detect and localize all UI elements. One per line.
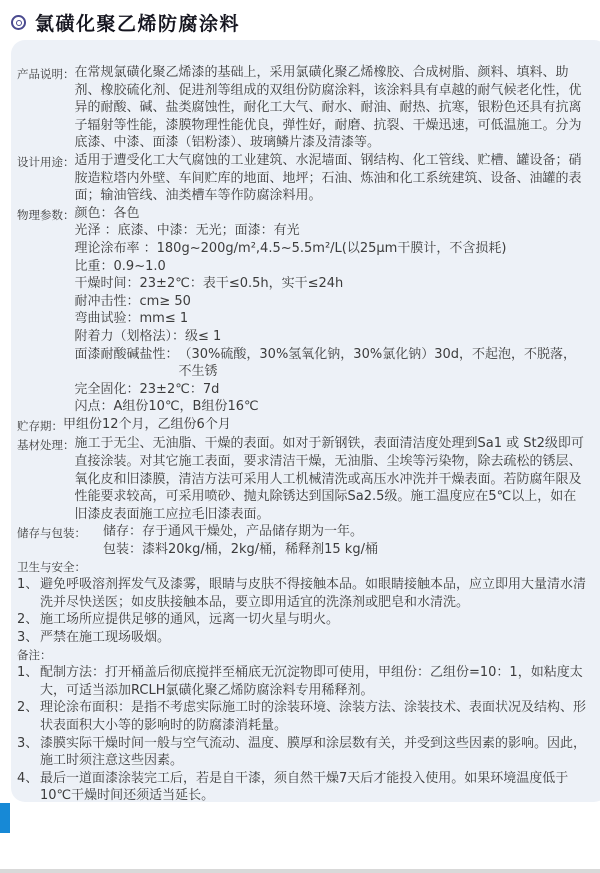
param-name: 干燥时间： [75,275,140,293]
item-text: 理论涂布面积：是指不考虑实际施工时的涂装环境、涂装方法、涂装技术、表面状况及结构… [40,699,588,734]
item-number: 3、 [17,735,40,753]
section-physical-params: 物理参数： 颜色： 各色 光泽 ： 底漆、中漆：无光；面漆：有光 理论涂布率 ：… [17,205,588,416]
section-notes: 备注： 1、 配制方法：打开桶盖后彻底搅拌至桶底无沉淀物即可使用，甲组份：乙组份… [17,647,588,802]
param-value: 180g~200g/m²,4.5~5.5m²/L(以25μm干膜计，不含损耗) [157,240,588,258]
section-label-packing: 储存与包装： [17,523,103,543]
blue-side-tab [0,803,10,833]
packing-line-storage: 储存：存于通风干燥处，产品储存期为一年。 [103,523,588,541]
param-value: mm≤ 1 [140,310,588,328]
section-label-storage-life: 贮存期： [17,416,63,436]
param-gloss: 光泽 ： 底漆、中漆：无光；面漆：有光 [75,222,589,240]
safety-item: 1、 避免呼吸溶剂挥发气及漆雾，眼睛与皮肤不得接触本品。如眼睛接触本品，应立即用… [17,576,588,611]
section-storage-packing: 储存与包装： 储存：存于通风干燥处，产品储存期为一年。 包装：漆料20kg/桶，… [17,523,588,558]
note-item: 3、 漆膜实际干燥时间一般与空气流动、温度、膜厚和涂层数有关，并受到这些因素的影… [17,735,588,770]
param-name: 颜色： [75,205,114,223]
note-item: 2、 理论涂布面积：是指不考虑实际施工时的涂装环境、涂装方法、涂装技术、表面状况… [17,699,588,734]
item-text: 严禁在施工现场吸烟。 [40,629,588,647]
section-label-notes: 备注： [17,647,588,665]
item-number: 2、 [17,611,40,629]
param-value: （30%硫酸，30%氢氧化钠，30%氯化钠）30d，不起泡，不脱落，不生锈 [179,346,588,381]
section-product-description: 产品说明： 在常规氯磺化聚乙烯漆的基础上，采用氯磺化聚乙烯橡胶、合成树脂、颜料、… [17,64,588,152]
item-number: 1、 [17,664,40,682]
param-flash-point: 闪点： A组份10℃，B组份16℃ [75,398,589,416]
item-number: 2、 [17,699,40,717]
bullet-inner-ring [16,20,22,26]
param-name: 光泽 ： [75,222,118,240]
page-title-row: 氯磺化聚乙烯防腐涂料 [11,9,240,36]
section-safety: 卫生与安全： 1、 避免呼吸溶剂挥发气及漆雾，眼睛与皮肤不得接触本品。如眼睛接触… [17,559,588,647]
section-text-design: 适用于遭受化工大气腐蚀的工业建筑、水泥墙面、钢结构、化工管线、贮槽、罐设备；硝胺… [75,152,589,205]
param-name: 闪点： [75,398,114,416]
page-title: 氯磺化聚乙烯防腐涂料 [35,9,240,36]
item-number: 1、 [17,576,40,594]
section-text-substrate: 施工于无尘、无油脂、干燥的表面。如对于新钢铁，表面清洁度处理到Sa1 或 St2… [75,435,589,523]
param-name: 完全固化： [75,381,140,399]
param-specific-gravity: 比重： 0.9~1.0 [75,258,589,276]
item-text: 最后一道面漆涂装完工后，若是自干漆，须自然干燥7天后才能投入使用。如果环境温度低… [40,770,588,802]
param-acid-alkali-salt: 面漆耐酸碱盐性： （30%硫酸，30%氢氧化钠，30%氯化钠）30d，不起泡，不… [75,346,589,381]
section-label-physical: 物理参数： [17,205,75,225]
item-text: 配制方法：打开桶盖后彻底搅拌至桶底无沉淀物即可使用，甲组份：乙组份=10：1，如… [40,664,588,699]
section-design-use: 设计用途： 适用于遭受化工大气腐蚀的工业建筑、水泥墙面、钢结构、化工管线、贮槽、… [17,152,588,205]
section-substrate-treatment: 基材处理： 施工于无尘、无油脂、干燥的表面。如对于新钢铁，表面清洁度处理到Sa1… [17,435,588,523]
param-value: 23±2℃：表干≤0.5h，实干≤24h [140,275,588,293]
param-name: 附着力（划格法）： [75,328,186,346]
param-value: 各色 [114,205,588,223]
param-value: 底漆、中漆：无光；面漆：有光 [118,222,588,240]
item-text: 漆膜实际干燥时间一般与空气流动、温度、膜厚和涂层数有关，并受到这些因素的影响。因… [40,735,588,770]
note-item: 4、 最后一道面漆涂装完工后，若是自干漆，须自然干燥7天后才能投入使用。如果环境… [17,770,588,802]
param-coverage: 理论涂布率 ： 180g~200g/m²,4.5~5.5m²/L(以25μm干膜… [75,240,589,258]
packing-lines: 储存：存于通风干燥处，产品储存期为一年。 包装：漆料20kg/桶，2kg/桶，稀… [103,523,588,558]
section-label-product: 产品说明： [17,64,75,84]
section-label-design: 设计用途： [17,152,75,172]
item-number: 3、 [17,629,40,647]
bullet-target-icon [11,15,26,30]
param-bend-test: 弯曲试验： mm≤ 1 [75,310,589,328]
param-impact: 耐冲击性： cm≥ 50 [75,293,589,311]
safety-item: 2、 施工场所应提供足够的通风，远离一切火星与明火。 [17,611,588,629]
product-spec-panel: 产品说明： 在常规氯磺化聚乙烯漆的基础上，采用氯磺化聚乙烯橡胶、合成树脂、颜料、… [11,40,600,802]
section-label-substrate: 基材处理： [17,435,75,455]
param-value: cm≥ 50 [140,293,588,311]
param-name: 比重： [75,258,114,276]
param-name: 弯曲试验： [75,310,140,328]
bottom-divider [0,869,600,873]
param-value: 23±2℃：7d [140,381,588,399]
param-color: 颜色： 各色 [75,205,589,223]
note-item: 1、 配制方法：打开桶盖后彻底搅拌至桶底无沉淀物即可使用，甲组份：乙组份=10：… [17,664,588,699]
section-label-safety: 卫生与安全： [17,559,588,577]
packing-line-package: 包装：漆料20kg/桶，2kg/桶，稀释剂15 kg/桶 [103,541,588,559]
section-storage-life: 贮存期： 甲组份12个月，乙组份6个月 [17,416,588,436]
param-value: 0.9~1.0 [114,258,588,276]
section-text-product: 在常规氯磺化聚乙烯漆的基础上，采用氯磺化聚乙烯橡胶、合成树脂、颜料、填料、助剂、… [75,64,589,152]
physical-params-list: 颜色： 各色 光泽 ： 底漆、中漆：无光；面漆：有光 理论涂布率 ： 180g~… [75,205,589,416]
param-value: 级≤ 1 [185,328,588,346]
item-text: 施工场所应提供足够的通风，远离一切火星与明火。 [40,611,588,629]
item-text: 避免呼吸溶剂挥发气及漆雾，眼睛与皮肤不得接触本品。如眼睛接触本品，应立即用大量清… [40,576,588,611]
param-adhesion: 附着力（划格法）： 级≤ 1 [75,328,589,346]
param-name: 理论涂布率 ： [75,240,157,258]
param-value: A组份10℃，B组份16℃ [114,398,588,416]
section-text-storage-life: 甲组份12个月，乙组份6个月 [63,416,588,434]
param-name: 面漆耐酸碱盐性： [75,346,179,364]
param-dry-time: 干燥时间： 23±2℃：表干≤0.5h，实干≤24h [75,275,589,293]
param-name: 耐冲击性： [75,293,140,311]
item-number: 4、 [17,770,40,788]
safety-item: 3、 严禁在施工现场吸烟。 [17,629,588,647]
param-full-cure: 完全固化： 23±2℃：7d [75,381,589,399]
